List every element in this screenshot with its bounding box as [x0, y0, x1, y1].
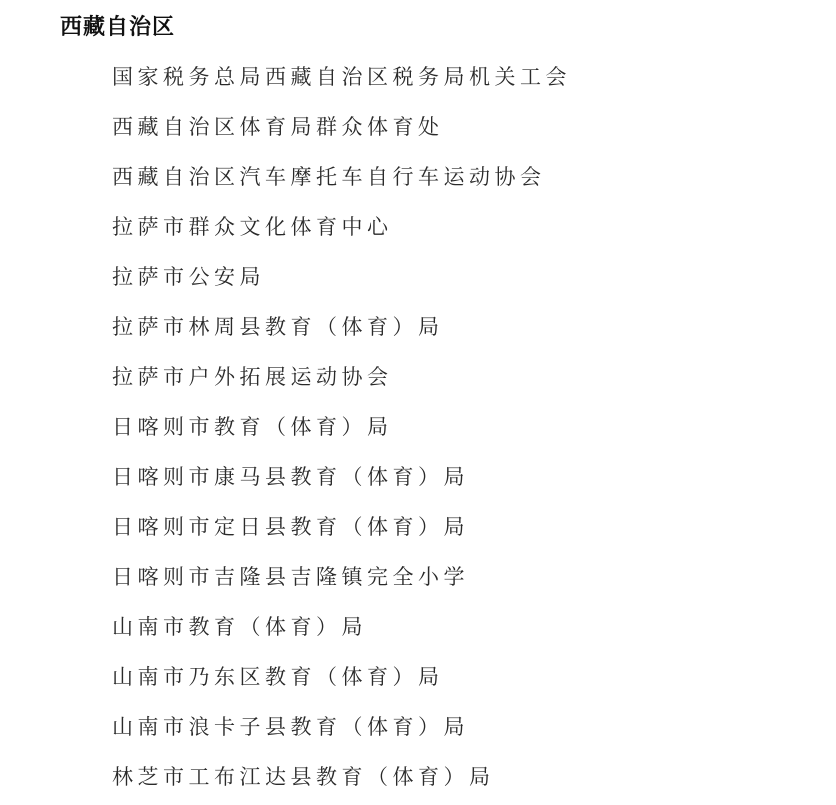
organization-item: 日喀则市教育（体育）局 [112, 410, 571, 460]
organization-item: 拉萨市林周县教育（体育）局 [112, 310, 571, 360]
organization-item: 日喀则市定日县教育（体育）局 [112, 510, 571, 560]
organization-item: 拉萨市公安局 [112, 260, 571, 310]
organization-item: 山南市浪卡子县教育（体育）局 [112, 710, 571, 760]
organization-item: 西藏自治区体育局群众体育处 [112, 110, 571, 160]
organization-item: 山南市教育（体育）局 [112, 610, 571, 660]
organization-item: 日喀则市吉隆县吉隆镇完全小学 [112, 560, 571, 610]
organization-list: 国家税务总局西藏自治区税务局机关工会 西藏自治区体育局群众体育处 西藏自治区汽车… [112, 60, 571, 805]
organization-item: 拉萨市群众文化体育中心 [112, 210, 571, 260]
organization-item: 拉萨市户外拓展运动协会 [112, 360, 571, 410]
organization-item: 国家税务总局西藏自治区税务局机关工会 [112, 60, 571, 110]
organization-item: 西藏自治区汽车摩托车自行车运动协会 [112, 160, 571, 210]
organization-item: 山南市乃东区教育（体育）局 [112, 660, 571, 710]
region-heading: 西藏自治区 [60, 12, 175, 44]
organization-item: 日喀则市康马县教育（体育）局 [112, 460, 571, 510]
organization-item: 林芝市工布江达县教育（体育）局 [112, 760, 571, 805]
